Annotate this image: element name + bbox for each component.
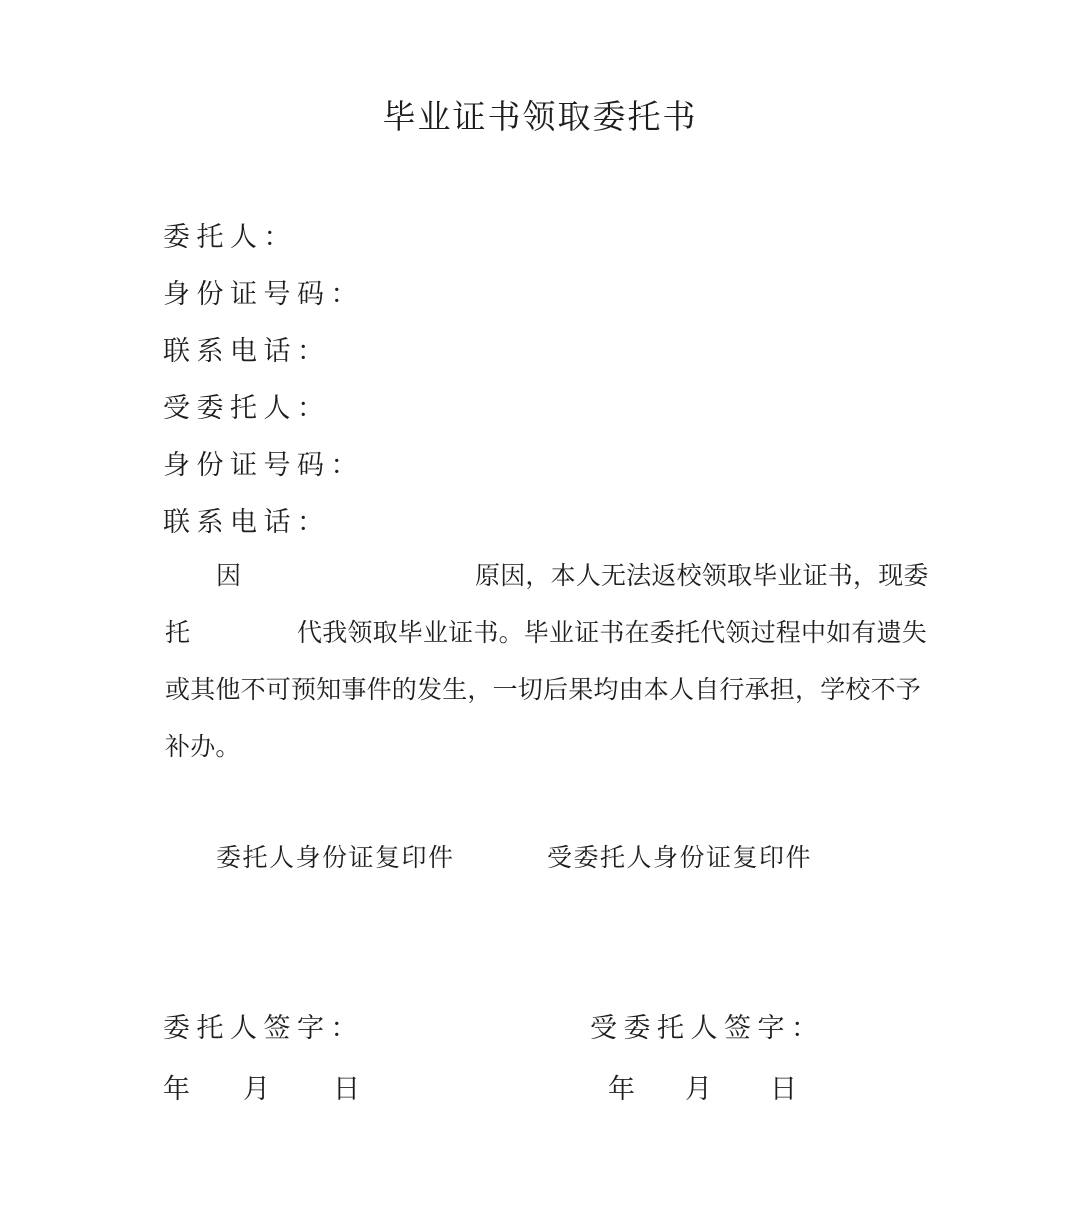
- agent-id-field-label: 身份证号码：: [163, 452, 364, 479]
- authorization-letter-page: 毕业证书领取委托书 委托人： 身份证号码： 联系电话： 受委托人： 身份证号码：…: [0, 0, 1080, 1207]
- body-line-1-text: 原因，本人无法返校领取毕业证书，现委: [475, 564, 929, 589]
- principal-field-label: 委托人：: [163, 224, 297, 251]
- body-line-1: 因 原因，本人无法返校领取毕业证书，现委: [0, 564, 1080, 594]
- principal-date-month-label: 月: [243, 1076, 270, 1103]
- agent-date-day-label: 日: [770, 1076, 797, 1103]
- body-line-1-prefix: 因: [216, 564, 241, 589]
- agent-name-blank: [191, 621, 295, 649]
- agent-field-label: 受委托人：: [163, 395, 331, 422]
- body-line-4: 补办。: [165, 735, 241, 760]
- body-line-2-text: 代我领取毕业证书。毕业证书在委托代领过程中如有遗失: [297, 621, 927, 646]
- principal-id-field-label: 身份证号码：: [163, 281, 364, 308]
- principal-phone-field-label: 联系电话：: [163, 338, 331, 365]
- body-line-3: 或其他不可预知事件的发生，一切后果均由本人自行承担，学校不予: [165, 678, 921, 703]
- document-title: 毕业证书领取委托书: [0, 102, 1080, 135]
- agent-date-month-label: 月: [685, 1076, 712, 1103]
- agent-phone-field-label: 联系电话：: [163, 509, 331, 536]
- body-line-2-prefix: 托: [165, 621, 190, 646]
- body-line-2: 托 代我领取毕业证书。毕业证书在委托代领过程中如有遗失: [0, 621, 1080, 651]
- principal-signature-label: 委托人签字：: [163, 1015, 364, 1042]
- reason-blank: [242, 564, 472, 592]
- principal-date-day-label: 日: [333, 1076, 360, 1103]
- agent-id-copy-label: 受委托人身份证复印件: [547, 846, 812, 871]
- agent-date-year-label: 年: [608, 1076, 635, 1103]
- principal-date-year-label: 年: [163, 1076, 190, 1103]
- principal-id-copy-label: 委托人身份证复印件: [216, 846, 455, 871]
- agent-signature-label: 受委托人签字：: [590, 1015, 825, 1042]
